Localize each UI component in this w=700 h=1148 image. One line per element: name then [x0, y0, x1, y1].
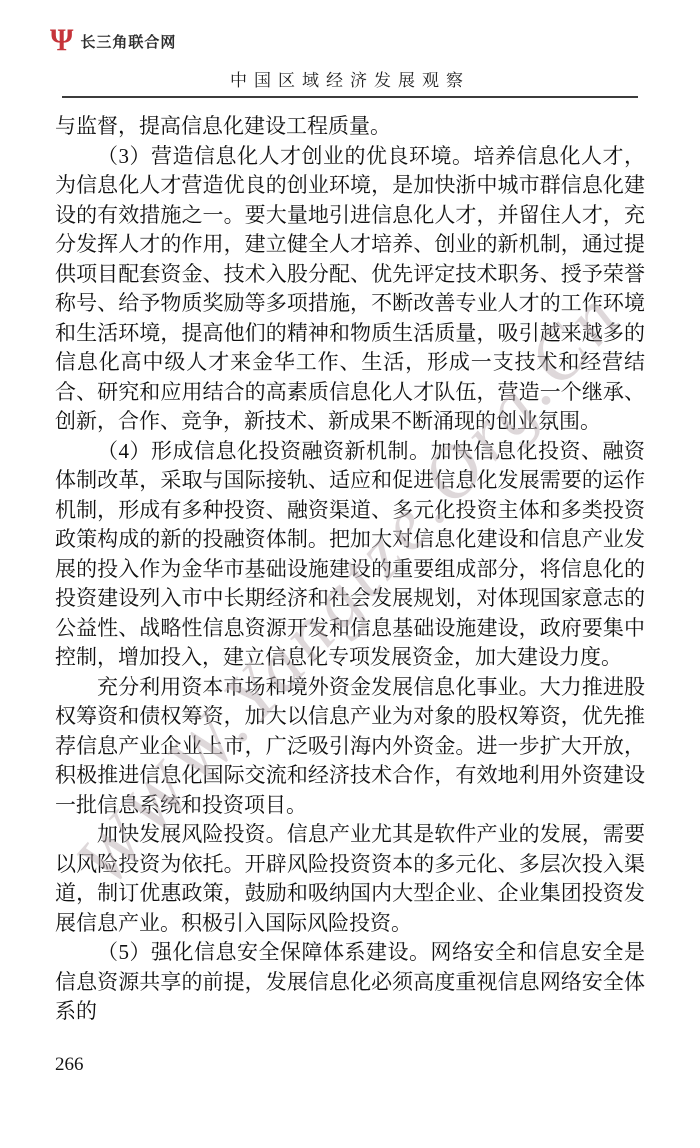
page-number: 266 — [55, 1054, 84, 1076]
brand-trident-icon: Ψ — [50, 25, 73, 57]
paragraph-venture-capital: 加快发展风险投资。信息产业尤其是软件产业的发展，需要以风险投资为依托。开辟风险投… — [55, 820, 645, 938]
paragraph-continuation: 与监督，提高信息化建设工程质量。 — [55, 112, 645, 142]
brand-name: 长三角联合网 — [80, 31, 176, 52]
paragraph-capital-markets: 充分利用资本市场和境外资金发展信息化事业。大力推进股权筹资和债权筹资，加大以信息… — [55, 673, 645, 821]
scanned-book-page: Ψ 长三角联合网 中国区域经济发展观察 WWW.Yangtze.Org.Cn 与… — [0, 0, 700, 1148]
site-logo: Ψ 长三角联合网 — [50, 26, 176, 56]
paragraph-item-4: （4）形成信息化投资融资新机制。加快信息化投资、融资体制改革，采取与国际接轨、适… — [55, 437, 645, 673]
running-head-title: 中国区域经济发展观察 — [0, 66, 700, 91]
header-divider — [62, 96, 638, 98]
body-text: 与监督，提高信息化建设工程质量。 （3）营造信息化人才创业的优良环境。培养信息化… — [55, 112, 645, 1027]
paragraph-item-3: （3）营造信息化人才创业的优良环境。培养信息化人才，为信息化人才营造优良的创业环… — [55, 142, 645, 437]
paragraph-item-5: （5）强化信息安全保障体系建设。网络安全和信息安全是信息资源共享的前提，发展信息… — [55, 938, 645, 1027]
